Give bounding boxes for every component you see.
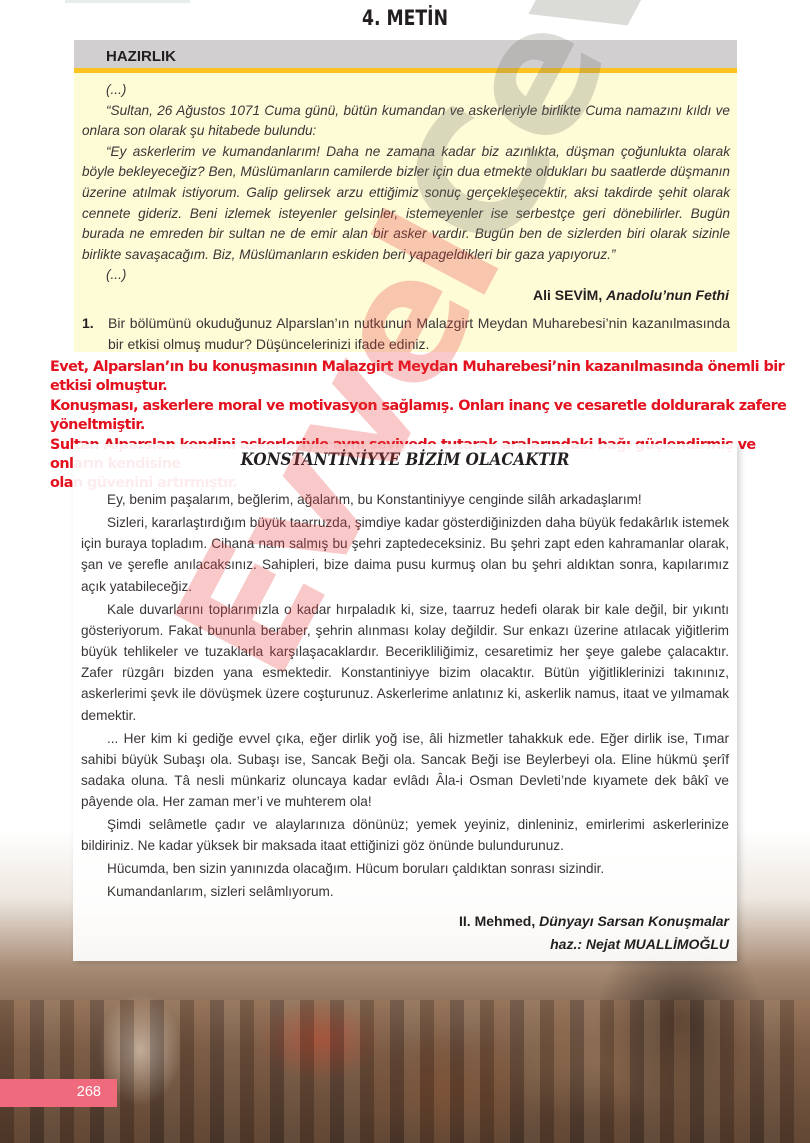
speech-source-title: Dünyayı Sarsan Konuşmalar [539, 913, 729, 929]
quote-ellipsis-start: (...) [82, 80, 730, 101]
speech-title: KONSTANTİNİYYE BİZİM OLACAKTIR [100, 450, 711, 469]
preparation-header: HAZIRLIK [74, 40, 737, 73]
speech-box: KONSTANTİNİYYE BİZİM OLACAKTIR Ey, benim… [73, 444, 737, 961]
speech-paragraph: Ey, benim paşalarım, beğlerim, ağalarım,… [81, 489, 729, 510]
quote-ellipsis-end: (...) [82, 265, 730, 286]
preparation-heading: HAZIRLIK [106, 48, 176, 65]
page-title: 4. METİN [73, 6, 737, 30]
speech-paragraph: Kumandanlarım, sizleri selâmlıyorum. [81, 881, 729, 902]
quote-source: Ali SEVİM, Anadolu’nun Fethi [533, 287, 729, 303]
speech-source: II. Mehmed, Dünyayı Sarsan Konuşmalar ha… [459, 910, 729, 956]
question-number: 1. [82, 313, 94, 334]
header-remnant [65, 0, 190, 3]
answer-line: Konuşması, askerlere moral ve motivasyon… [50, 397, 802, 436]
source-author: Ali SEVİM, [533, 287, 602, 303]
page-number-tab: 268 [0, 1079, 117, 1107]
question-1: 1. Bir bölümünü okuduğunuz Alparslan’ın … [82, 313, 730, 355]
speech-paragraph: Kale duvarlarını toplarımızla o kadar hı… [81, 599, 729, 726]
painting-figures [0, 1000, 810, 1143]
source-title: Anadolu’nun Fethi [606, 287, 729, 303]
preparation-box: HAZIRLIK (...) “Sultan, 26 Ağustos 1071 … [74, 40, 737, 352]
quote-paragraph: “Sultan, 26 Ağustos 1071 Cuma günü, bütü… [82, 101, 730, 142]
answer-line: Evet, Alparslan’ın bu konuşmasının Malaz… [50, 358, 802, 397]
alparslan-quote: (...) “Sultan, 26 Ağustos 1071 Cuma günü… [82, 80, 730, 286]
speech-body: Ey, benim paşalarım, beğlerim, ağalarım,… [81, 489, 729, 904]
speech-source-editor: haz.: Nejat MUALLİMOĞLU [550, 936, 729, 952]
speech-paragraph: Şimdi selâmetle çadır ve alaylarınıza dö… [81, 814, 729, 856]
page-number: 268 [77, 1084, 101, 1100]
speech-paragraph: Hücumda, ben sizin yanınızda olacağım. H… [81, 858, 729, 879]
speech-paragraph: Sizleri, kararlaştırdığım büyük taarruzd… [81, 512, 729, 597]
quote-paragraph: “Ey askerlerim ve kumandanlarım! Daha ne… [82, 142, 730, 266]
question-text: Bir bölümünü okuduğunuz Alparslan’ın nut… [82, 313, 730, 355]
speech-paragraph: ... Her kim ki gediğe evvel çıka, eğer d… [81, 728, 729, 813]
speech-source-author: II. Mehmed, [459, 913, 535, 929]
